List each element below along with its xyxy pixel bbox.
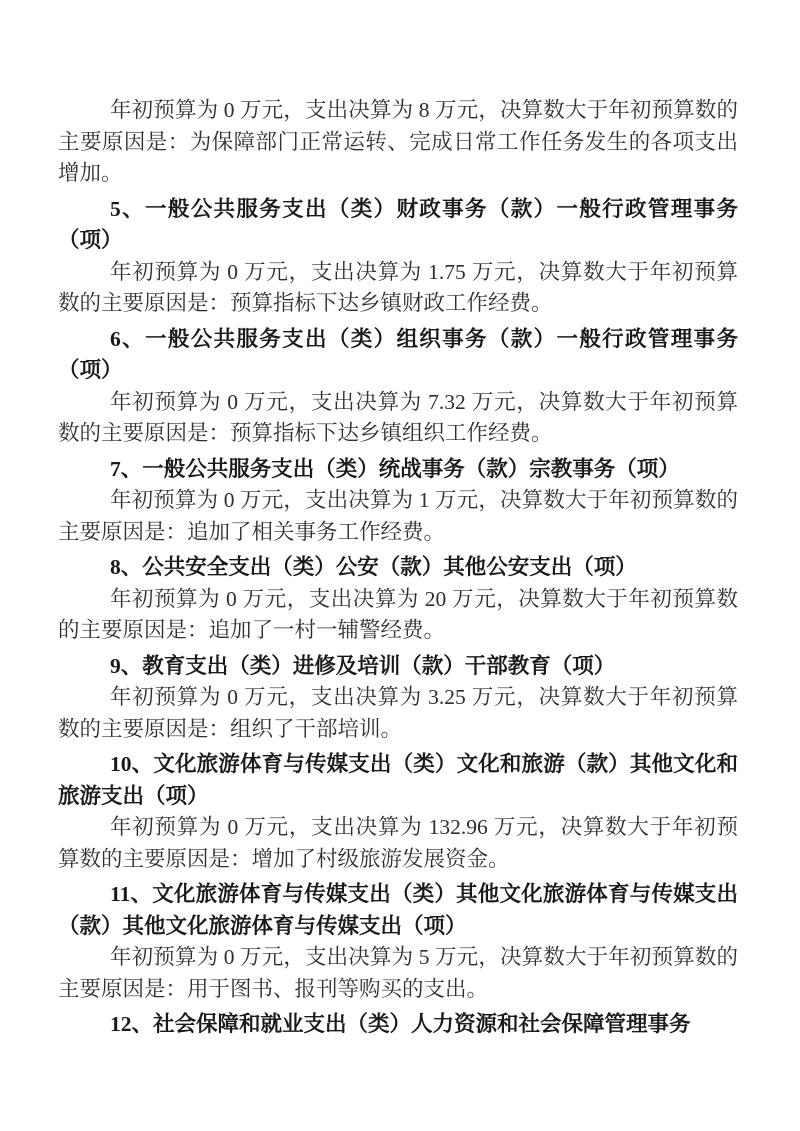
section-heading: 11、文化旅游体育与传媒支出（类）其他文化旅游体育与传媒支出（款）其他文化旅游体… bbox=[58, 879, 738, 942]
body-paragraph: 年初预算为 0 万元，支出决算为 3.25 万元，决算数大于年初预算数的主要原因… bbox=[58, 682, 738, 745]
body-paragraph: 年初预算为 0 万元，支出决算为 132.96 万元，决算数大于年初预算数的主要… bbox=[58, 812, 738, 875]
body-paragraph: 年初预算为 0 万元，支出决算为 20 万元，决算数大于年初预算数的主要原因是：… bbox=[58, 584, 738, 647]
body-paragraph: 年初预算为 0 万元，支出决算为 1.75 万元，决算数大于年初预算数的主要原因… bbox=[58, 257, 738, 320]
section-heading: 12、社会保障和就业支出（类）人力资源和社会保障管理事务 bbox=[58, 1009, 738, 1041]
document-page: 年初预算为 0 万元，支出决算为 8 万元，决算数大于年初预算数的主要原因是：为… bbox=[0, 0, 800, 1131]
section-heading: 5、一般公共服务支出（类）财政事务（款）一般行政管理事务（项） bbox=[58, 194, 738, 257]
body-paragraph: 年初预算为 0 万元，支出决算为 8 万元，决算数大于年初预算数的主要原因是：为… bbox=[58, 95, 738, 190]
section-heading: 10、文化旅游体育与传媒支出（类）文化和旅游（款）其他文化和旅游支出（项） bbox=[58, 749, 738, 812]
body-paragraph: 年初预算为 0 万元，支出决算为 7.32 万元，决算数大于年初预算数的主要原因… bbox=[58, 387, 738, 450]
body-paragraph: 年初预算为 0 万元，支出决算为 5 万元，决算数大于年初预算数的主要原因是：用… bbox=[58, 942, 738, 1005]
section-heading: 9、教育支出（类）进修及培训（款）干部教育（项） bbox=[58, 651, 738, 683]
section-heading: 6、一般公共服务支出（类）组织事务（款）一般行政管理事务（项） bbox=[58, 324, 738, 387]
section-heading: 8、公共安全支出（类）公安（款）其他公安支出（项） bbox=[58, 552, 738, 584]
section-heading: 7、一般公共服务支出（类）统战事务（款）宗教事务（项） bbox=[58, 454, 738, 486]
body-paragraph: 年初预算为 0 万元，支出决算为 1 万元，决算数大于年初预算数的主要原因是：追… bbox=[58, 485, 738, 548]
